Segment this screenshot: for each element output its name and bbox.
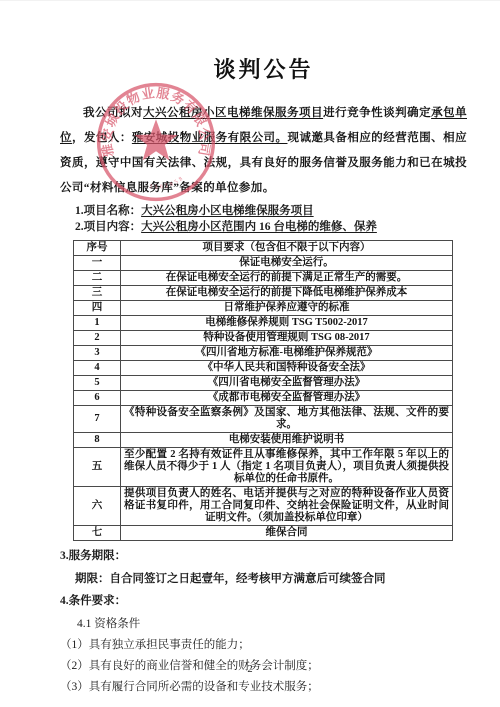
- qualification-subheading: 4.1 资格条件: [77, 617, 467, 631]
- table-cell-req: 《四川省地方标准-电梯维护保养规范》: [121, 346, 453, 361]
- table-row: 7 《特种设备安全监察条例》及国家、地方其他法律、法规、文件的要求。: [74, 406, 453, 433]
- table-cell-req: 电梯安装使用维护说明书: [121, 433, 453, 448]
- project-content-label: 2.项目内容：: [75, 221, 141, 233]
- project-name-line: 1.项目名称：大兴公租房小区电梯维保服务项目: [75, 204, 467, 220]
- table-row: 五 至少配置 2 名持有效证件且从事维修保养，其中工作年限 5 年以上的维保人员…: [74, 448, 453, 487]
- table-row: 二 在保证电梯安全运行的前提下满足正常生产的需要。: [74, 271, 453, 286]
- table-header-row: 序号 项目要求（包含但不限于以下内容）: [74, 241, 453, 256]
- table-row: 6 《成都市电梯安全监督管理办法》: [74, 391, 453, 406]
- header-cell-no: 序号: [74, 241, 121, 256]
- table-cell-req: 《特种设备安全监察条例》及国家、地方其他法律、法规、文件的要求。: [121, 406, 453, 433]
- project-content-line: 2.项目内容：大兴公租房小区范围内 16 台电梯的维修、保养: [75, 220, 467, 236]
- table-cell-req: 在保证电梯安全运行的前提下满足正常生产的需要。: [121, 271, 453, 286]
- service-term-value: 自合同签订之日起壹年，经考核甲方满意后可续签合同: [110, 573, 386, 585]
- intro-underlined-company: 雅安城投物业服务有限公司。: [132, 132, 288, 144]
- intro-paragraph: 我公司拟对大兴公租房小区电梯维保服务项目进行竞争性谈判确定承包单位，发包人：雅安…: [60, 101, 467, 201]
- table-cell-req: 维保合同: [121, 526, 453, 541]
- table-cell-no: 六: [74, 487, 121, 526]
- table-cell-req: 日常维护保养应遵守的标准: [121, 301, 453, 316]
- project-content-value: 大兴公租房小区范围内 16 台电梯的维修、保养: [141, 221, 377, 233]
- project-name-value: 大兴公租房小区电梯维保服务项目: [141, 205, 314, 217]
- project-content-underline: 大兴公租房小区范围内 16 台电梯的维修、保养: [141, 221, 377, 233]
- table-row: 1 电梯维修保养规则 TSG T5002-2017: [74, 316, 453, 331]
- conditions-heading: 4.条件要求：: [60, 594, 467, 608]
- table-row: 4 《中华人民共和国特种设备安全法》: [74, 361, 453, 376]
- table-cell-no: 一: [74, 256, 121, 271]
- document-body: 谈判公告 我公司拟对大兴公租房小区电梯维保服务项目进行竞争性谈判确定承包单位，发…: [0, 53, 500, 694]
- table-cell-req: 《四川省电梯安全监督管理办法》: [121, 376, 453, 391]
- service-period-heading: 3.服务期限：: [60, 549, 467, 563]
- table-cell-no: 五: [74, 448, 121, 487]
- service-term-line: 期限：自合同签订之日起壹年，经考核甲方满意后可续签合同: [75, 572, 467, 586]
- table-cell-req: 《中华人民共和国特种设备安全法》: [121, 361, 453, 376]
- table-cell-no: 1: [74, 316, 121, 331]
- table-cell-no: 5: [74, 376, 121, 391]
- table-cell-no: 四: [74, 301, 121, 316]
- intro-text: 进行竞争性谈判确定: [323, 107, 431, 119]
- table-cell-req: 保证电梯安全运行。: [121, 256, 453, 271]
- table-cell-no: 6: [74, 391, 121, 406]
- table-cell-no: 三: [74, 286, 121, 301]
- table-row: 四 日常维护保养应遵守的标准: [74, 301, 453, 316]
- table-cell-no: 七: [74, 526, 121, 541]
- table-cell-req: 提供项目负责人的姓名、电话并提供与之对应的特种设备作业人员资格证书复印件，用工合…: [121, 487, 453, 526]
- table-cell-req: 至少配置 2 名持有效证件且从事维修保养，其中工作年限 5 年以上的维保人员不得…: [121, 448, 453, 487]
- page-number: 2: [0, 664, 500, 675]
- intro-text: ，发包人：: [72, 132, 132, 144]
- table-cell-no: 3: [74, 346, 121, 361]
- table-cell-no: 2: [74, 331, 121, 346]
- project-meta: 1.项目名称：大兴公租房小区电梯维保服务项目 2.项目内容：大兴公租房小区范围内…: [75, 204, 467, 235]
- table-row: 8 电梯安装使用维护说明书: [74, 433, 453, 448]
- table-cell-no: 7: [74, 406, 121, 433]
- table-row: 三 在保证电梯安全运行的前提下降低电梯维护保养成本: [74, 286, 453, 301]
- table-cell-no: 二: [74, 271, 121, 286]
- document-page: 雅安城投物业服务有限公司 2502858 谈判公告 我公司拟对大兴公租房小区电梯…: [0, 0, 500, 707]
- header-cell-req: 项目要求（包含但不限于以下内容）: [121, 241, 453, 256]
- table-row: 六 提供项目负责人的姓名、电话并提供与之对应的特种设备作业人员资格证书复印件，用…: [74, 487, 453, 526]
- project-name-label: 1.项目名称：: [75, 205, 141, 217]
- table-row: 3 《四川省地方标准-电梯维护保养规范》: [74, 346, 453, 361]
- project-name-underline: 大兴公租房小区电梯维保服务项目: [141, 205, 314, 217]
- intro-underlined-project: 大兴公租房小区电梯维保服务项目: [143, 107, 323, 119]
- table-row: 七 维保合同: [74, 526, 453, 541]
- intro-text: 我公司拟对: [83, 107, 143, 119]
- table-cell-req: 《成都市电梯安全监督管理办法》: [121, 391, 453, 406]
- table-cell-no: 8: [74, 433, 121, 448]
- table-cell-no: 4: [74, 361, 121, 376]
- table-row: 一 保证电梯安全运行。: [74, 256, 453, 271]
- table-cell-req: 在保证电梯安全运行的前提下降低电梯维护保养成本: [121, 286, 453, 301]
- service-term-label: 期限：: [75, 573, 110, 585]
- table-cell-req: 电梯维修保养规则 TSG T5002-2017: [121, 316, 453, 331]
- condition-item-3: （3）具有履行合同所必需的设备和专业技术服务；: [60, 680, 467, 694]
- requirements-table: 序号 项目要求（包含但不限于以下内容） 一 保证电梯安全运行。 二 在保证电梯安…: [73, 240, 453, 541]
- table-cell-req: 特种设备使用管理规则 TSG 08-2017: [121, 331, 453, 346]
- condition-item-1: （1）具有独立承担民事责任的能力；: [60, 638, 467, 652]
- document-title: 谈判公告: [60, 53, 467, 84]
- table-row: 2 特种设备使用管理规则 TSG 08-2017: [74, 331, 453, 346]
- table-row: 5 《四川省电梯安全监督管理办法》: [74, 376, 453, 391]
